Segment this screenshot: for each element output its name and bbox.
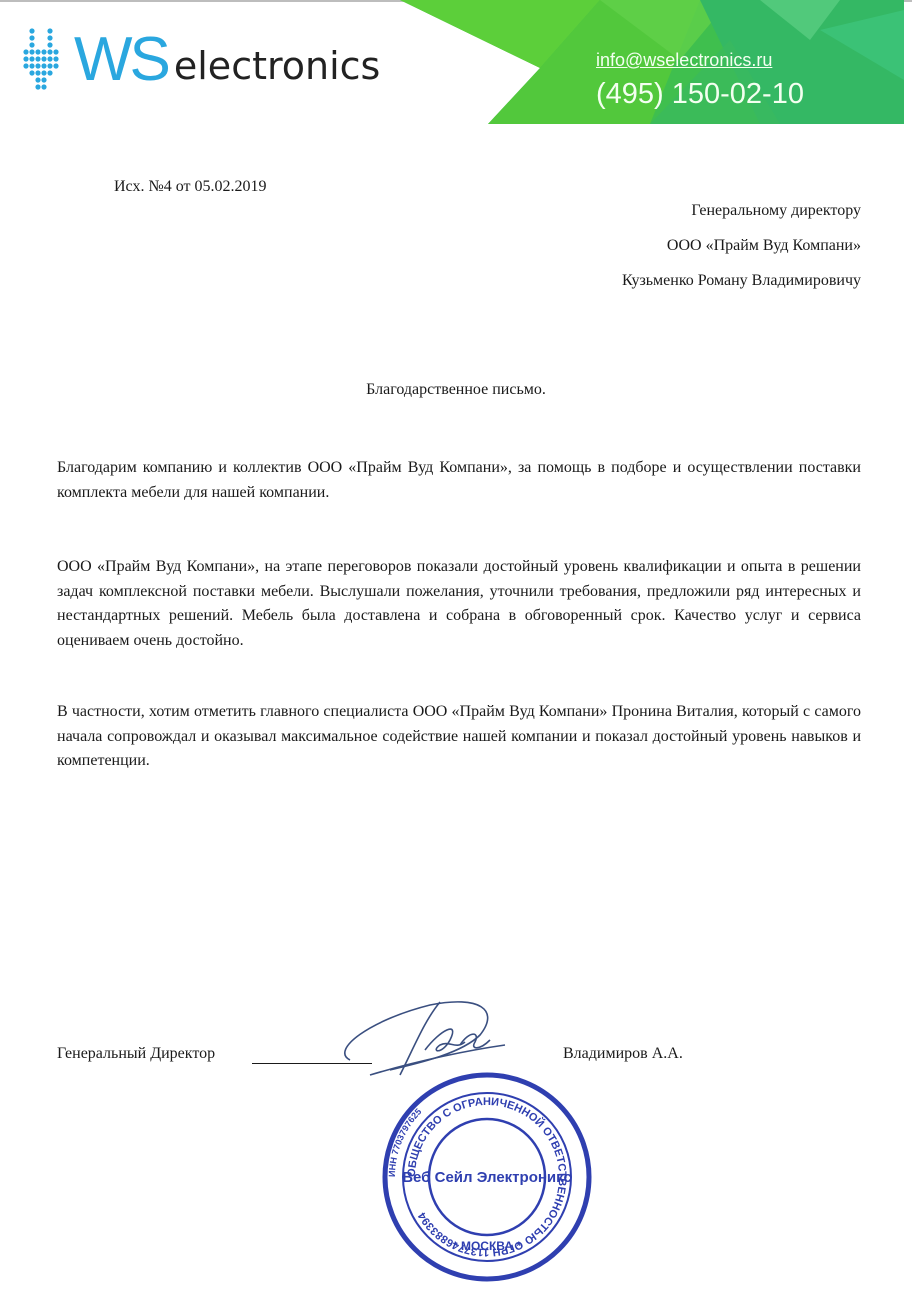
dot-matrix-icon: [22, 27, 66, 99]
paragraph-1: Благодарим компанию и коллектив ООО «Пра…: [57, 456, 861, 505]
logo-electronics-text: electronics: [174, 47, 380, 85]
recipient-position: Генеральному директору: [691, 202, 861, 220]
contact-phone: (495) 150-02-10: [596, 78, 804, 111]
outgoing-reference: Исх. №4 от 05.02.2019: [114, 178, 267, 196]
recipient-company: ООО «Прайм Вуд Компани»: [667, 237, 861, 255]
letter-title: Благодарственное письмо.: [0, 381, 912, 399]
handwritten-signature-icon: [330, 990, 520, 1080]
paragraph-3: В частности, хотим отметить главного спе…: [57, 700, 861, 774]
stamp-company-name: Веб Сейл Электроникс: [402, 1169, 572, 1186]
company-stamp-icon: ИНН 7703797625 ОБЩЕСТВО С ОГРАНИЧЕННОЙ О…: [382, 1070, 592, 1285]
paragraph-2: ООО «Прайм Вуд Компани», на этапе перего…: [57, 555, 861, 653]
logo-ws-text: WS: [74, 29, 168, 91]
contact-email-link[interactable]: info@wselectronics.ru: [596, 50, 772, 71]
recipient-name: Кузьменко Роману Владимировичу: [622, 272, 861, 290]
company-logo: WS electronics: [22, 26, 380, 100]
stamp-city: * МОСКВА *: [453, 1239, 521, 1253]
signer-position: Генеральный Директор: [57, 1045, 215, 1063]
signer-name: Владимиров А.А.: [563, 1045, 683, 1063]
